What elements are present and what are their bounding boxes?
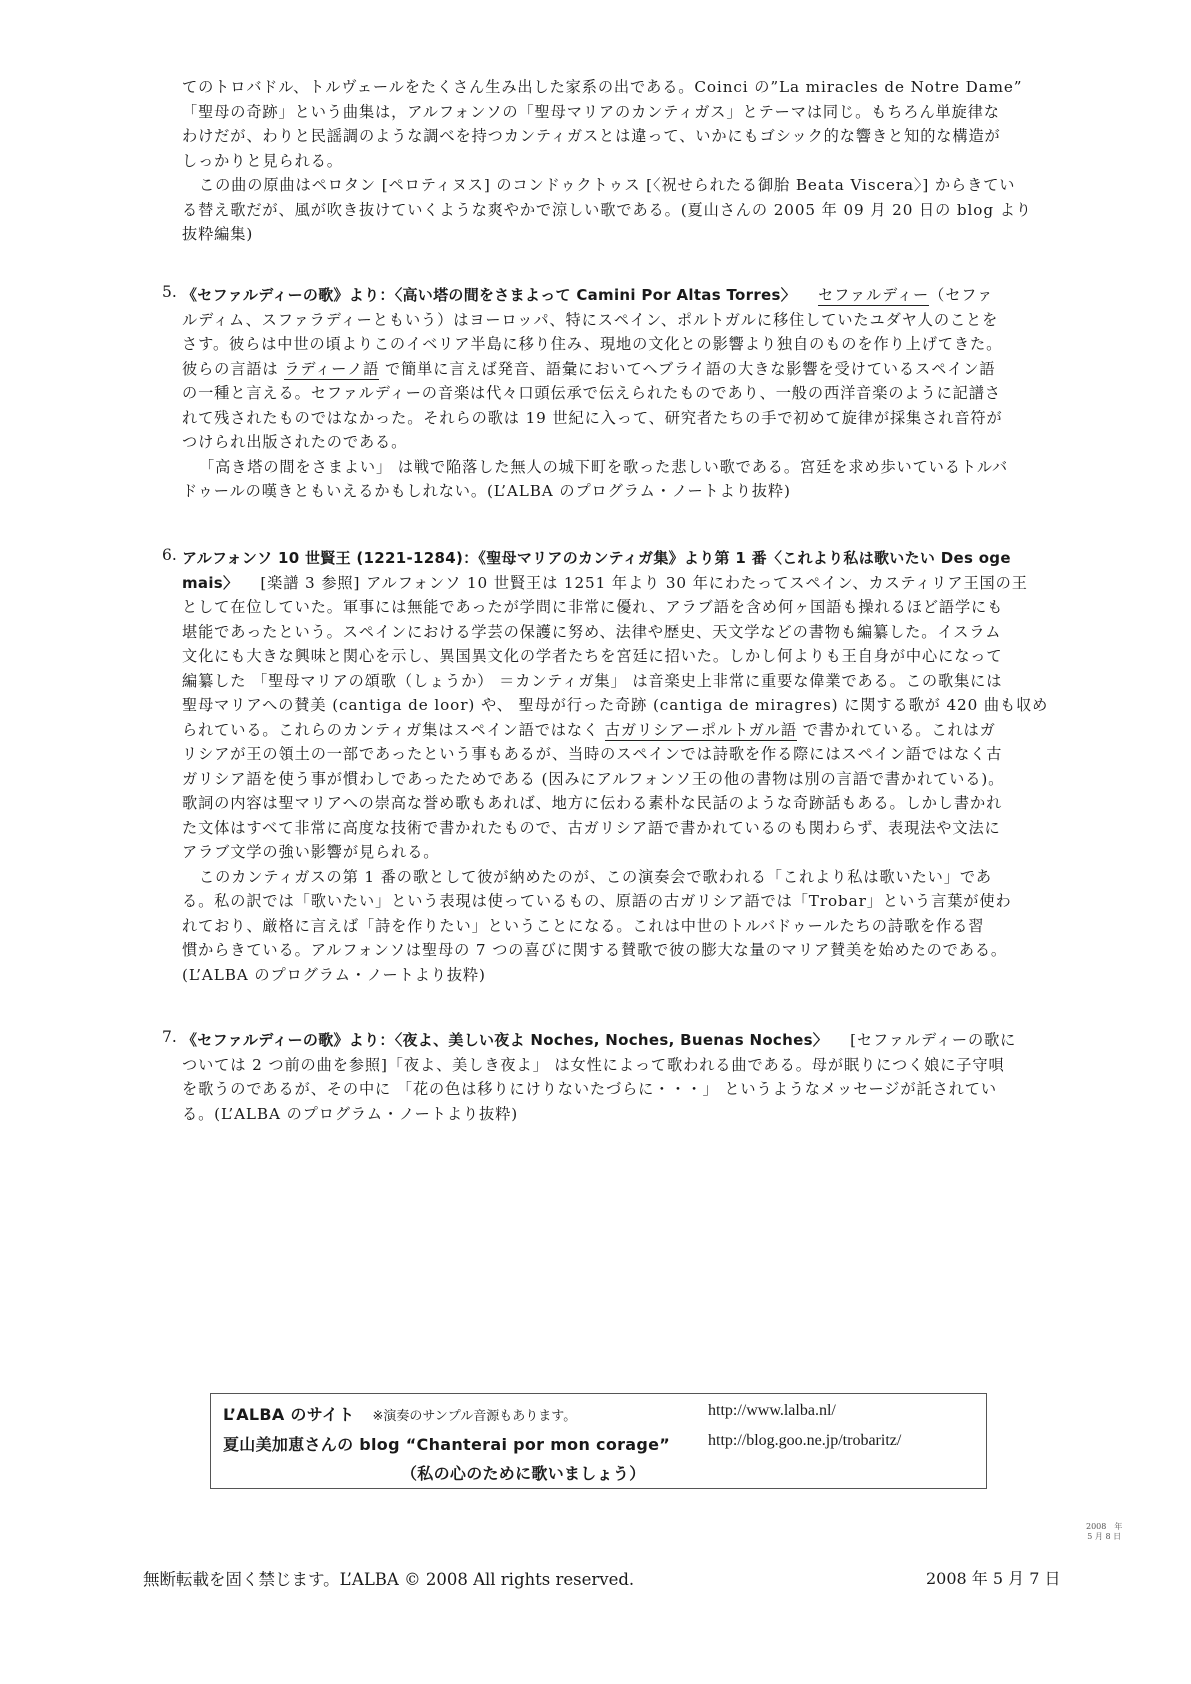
body-line: しっかりと見られる。 [182,149,1042,174]
site-url-link[interactable]: http://www.lalba.nl/ [708,1402,836,1420]
site-note: ※演奏のサンプル音源もあります。 [373,1409,577,1424]
body-line: れて残されたものではなかった。それらの歌は 19 世紀に入って、研究者たちの手で… [182,406,1042,431]
body-line: てのトロバドル、トルヴェールをたくさん生み出した家系の出である。Coinci の… [182,75,1042,100]
body-line: アラブ文学の強い影響が見られる。 [182,840,1042,865]
body-text: [セファルディーの歌に [850,1031,1016,1049]
stamp-year: 2008 年 [1086,1522,1122,1532]
item-title: 《セファルディーの歌》より：〈高い塔の間をさまよって Camini Por Al… [182,286,796,304]
body-text: で書かれている。これはガ [797,721,996,739]
body-line: さす。彼らは中世の頃よりこのイベリア半島に移り住み、現地の文化との影響より独自の… [182,332,1042,357]
body-line: ついては 2 つ前の曲を参照]「夜よ、美しき夜よ」 は女性によって歌われる曲であ… [182,1053,1042,1078]
blog-url-link[interactable]: http://blog.goo.ne.jp/trobaritz/ [708,1432,901,1450]
item-number: 5. [162,283,177,301]
body-line: として在位していた。軍事には無能であったが学問に非常に優れ、アラブ語を含め何ヶ国… [182,595,1042,620]
item-title: アルフォンソ 10 世賢王 (1221-1284)：《聖母マリアのカンティガ集》… [182,549,1011,567]
body-text: （セファ [929,286,993,304]
body-text: られている。これらのカンティガ集はスペイン語ではなく [182,721,605,739]
body-line: リシアが王の領土の一部であったという事もあるが、当時のスペインでは詩歌を作る際に… [182,742,1042,767]
blog-subtitle: （私の心のために歌いましょう） [401,1464,646,1483]
document-page: てのトロバドル、トルヴェールをたくさん生み出した家系の出である。Coinci の… [0,0,1191,1684]
item-number: 6. [162,546,177,564]
program-item-7: 7. 《セファルディーの歌》より：〈夜よ、美しい夜よ Noches, Noche… [182,1028,1042,1126]
copyright-notice: 無断転載を固く禁じます。L’ALBA © 2008 All rights res… [143,1566,634,1590]
body-line: の一種と言える。セファルディーの音楽は代々口頭伝承で伝えられたものであり、一般の… [182,381,1042,406]
body-line: 聖母マリアへの賛美 (cantiga de loor) や、 聖母が行った奇跡 … [182,693,1042,718]
body-line: この曲の原曲はペロタン [ペロティヌス] のコンドゥクトゥス [〈祝せられたる御… [182,173,1042,198]
item-title: 《セファルディーの歌》より：〈夜よ、美しい夜よ Noches, Noches, … [182,1031,828,1049]
body-line: る替え歌だが、風が吹き抜けていくような爽やかで涼しい歌である。(夏山さんの 20… [182,198,1042,223]
program-item-5: 5. 《セファルディーの歌》より：〈高い塔の間をさまよって Camini Por… [182,283,1042,504]
body-line: る。私の訳では「歌いたい」という表現は使っているもの、原語の古ガリシア語では「T… [182,889,1042,914]
body-line: (L’ALBA のプログラム・ノートより抜粋) [182,963,1042,988]
program-item-6: 6. アルフォンソ 10 世賢王 (1221-1284)：《聖母マリアのカンティ… [182,546,1042,987]
body-text: 彼らの言語は [182,360,284,378]
body-line: れており、厳格に言えば「詩を作りたい」ということになる。これは中世のトルバドゥー… [182,914,1042,939]
blog-label: 夏山美加恵さんの blog “Chanterai por mon corage” [223,1435,670,1454]
body-line: 文化にも大きな興味と関心を示し、異国異文化の学者たちを宮廷に招いた。しかし何より… [182,644,1042,669]
body-line: 編纂した 「聖母マリアの頌歌（しょうか） ＝カンティガ集」 は音楽史上非常に重要… [182,669,1042,694]
date-stamp: 2008 年 5 月 8 日 [1086,1522,1122,1542]
body-line: 歌詞の内容は聖マリアへの崇高な誉め歌もあれば、地方に伝わる素朴な民話のような奇跡… [182,791,1042,816]
body-line: 「高き塔の間をさまよい」 は戦で陥落した無人の城下町を歌った悲しい歌である。宮廷… [182,455,1042,480]
stamp-date: 5 月 8 日 [1086,1532,1122,1542]
body-line: ドゥールの嘆きともいえるかもしれない。(L’ALBA のプログラム・ノートより抜… [182,479,1042,504]
body-text: [楽譜 3 参照] アルフォンソ 10 世賢王は 1251 年より 30 年にわ… [260,574,1028,592]
body-line: 「聖母の奇跡」という曲集は，アルフォンソの「聖母マリアのカンティガス」とテーマは… [182,100,1042,125]
term-link-sephardi[interactable]: セファルディー [818,286,929,306]
term-link-galician-portuguese[interactable]: 古ガリシアーポルトガル語 [605,721,797,741]
item-number: 7. [162,1028,177,1046]
body-text: で簡単に言えば発音、語彙においてヘブライ語の大きな影響を受けているスペイン語 [379,360,995,378]
body-line: 抜粋編集) [182,222,1042,247]
term-link-ladino[interactable]: ラディーノ語 [284,360,379,380]
body-line: た文体はすべて非常に高度な技術で書かれたもので、古ガリシア語で書かれているのも関… [182,816,1042,841]
item-title-cont: mais〉 [182,574,238,592]
footer-date: 2008 年 5 月 7 日 [926,1566,1061,1589]
links-box: L’ALBA のサイト※演奏のサンプル音源もあります。 http://www.l… [210,1393,987,1489]
body-line: 堪能であったという。スペインにおける学芸の保護に努め、法律や歴史、天文学などの書… [182,620,1042,645]
site-label: L’ALBA のサイト [223,1405,355,1424]
body-line: を歌うのであるが、その中に 「花の色は移りにけりないたづらに・・・」 というよう… [182,1077,1042,1102]
body-line: 慣からきている。アルフォンソは聖母の 7 つの喜びに関する賛歌で彼の膨大な量のマ… [182,938,1042,963]
intro-section: てのトロバドル、トルヴェールをたくさん生み出した家系の出である。Coinci の… [182,75,1042,247]
body-line: ルディム、スファラディーともいう）はヨーロッパ、特にスペイン、ポルトガルに移住し… [182,308,1042,333]
body-line: このカンティガスの第 1 番の歌として彼が納めたのが、この演奏会で歌われる「これ… [182,865,1042,890]
body-line: る。(L’ALBA のプログラム・ノートより抜粋) [182,1102,1042,1127]
body-line: ガリシア語を使う事が慣わしであったためである (因みにアルフォンソ王の他の書物は… [182,767,1042,792]
body-line: わけだが、わりと民謡調のような調べを持つカンティガスとは違って、いかにもゴシック… [182,124,1042,149]
body-line: つけられ出版されたのである。 [182,430,1042,455]
